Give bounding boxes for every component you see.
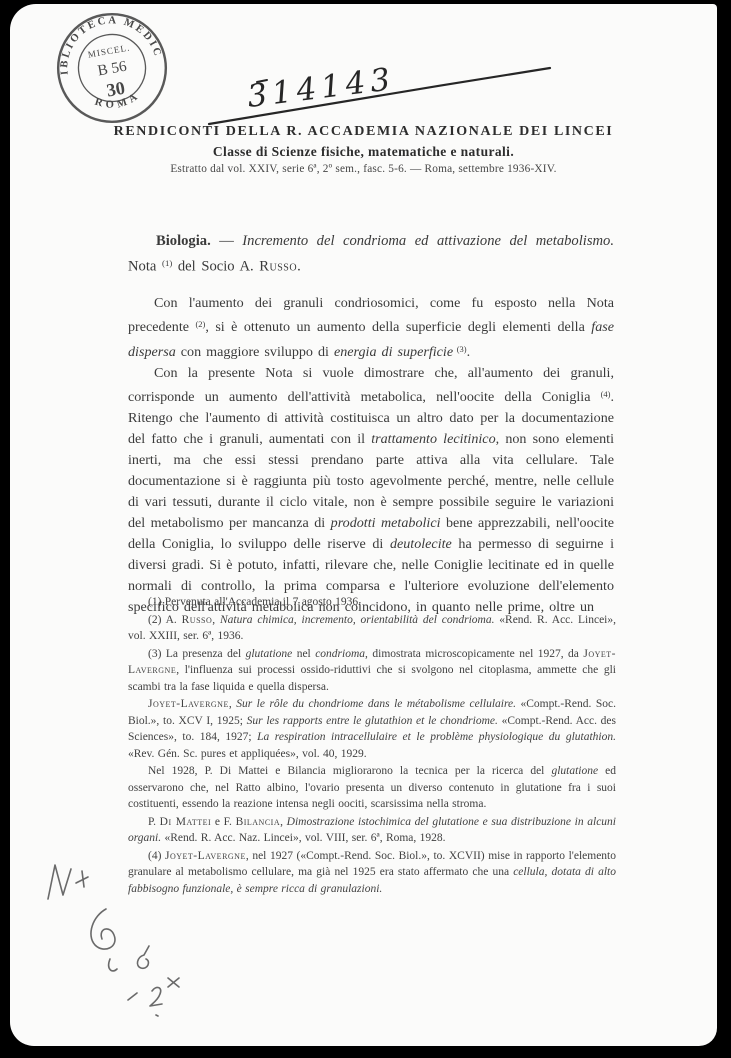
scanned-document: { "colors": { "paper": "#fbfbfa", "ink":… — [0, 0, 731, 1058]
body-paragraph: Con l'aumento dei granuli condriosomici,… — [128, 293, 614, 362]
footnote: (1) Pervenuta all'Accademia il 7 agosto … — [128, 594, 616, 611]
pencil-scribbles — [40, 859, 220, 1019]
journal-header: RENDICONTI DELLA R. ACCADEMIA NAZIONALE … — [10, 124, 717, 175]
library-stamp: BIBLIOTECA MEDICA ROMA MISCEL. B 56 30 — [37, 1, 186, 134]
stamp-center-line2: B 56 — [96, 58, 128, 80]
library-stamp-graphic: BIBLIOTECA MEDICA ROMA MISCEL. B 56 30 — [37, 1, 186, 134]
footnote: Nel 1928, P. Di Mattei e Bilancia miglio… — [128, 763, 616, 813]
footnote: (2) A. Russo, Natura chimica, incremento… — [128, 612, 616, 645]
document-page: BIBLIOTECA MEDICA ROMA MISCEL. B 56 30 3… — [10, 4, 717, 1046]
footnote: P. Di Mattei e F. Bilancia, Dimostrazion… — [128, 814, 616, 847]
journal-series-line: Classe di Scienze fisiche, matematiche e… — [10, 144, 717, 160]
footnotes-block: (1) Pervenuta all'Accademia il 7 agosto … — [128, 594, 616, 897]
body-paragraph: Con la presente Nota si vuole dimostrare… — [128, 363, 614, 618]
journal-title-line: RENDICONTI DELLA R. ACCADEMIA NAZIONALE … — [10, 124, 717, 140]
footnote: (3) La presenza del glutatione nel condr… — [128, 646, 616, 696]
article-body: Biologia. — Incremento del condrioma ed … — [128, 230, 614, 618]
stamp-center-line3: 30 — [105, 78, 126, 101]
article-title: Biologia. — Incremento del condrioma ed … — [128, 230, 614, 277]
journal-issue-line: Estratto dal vol. XXIV, serie 6ª, 2º sem… — [10, 163, 717, 175]
footnote: Joyet-Lavergne, Sur le rôle du chondriom… — [128, 696, 616, 762]
